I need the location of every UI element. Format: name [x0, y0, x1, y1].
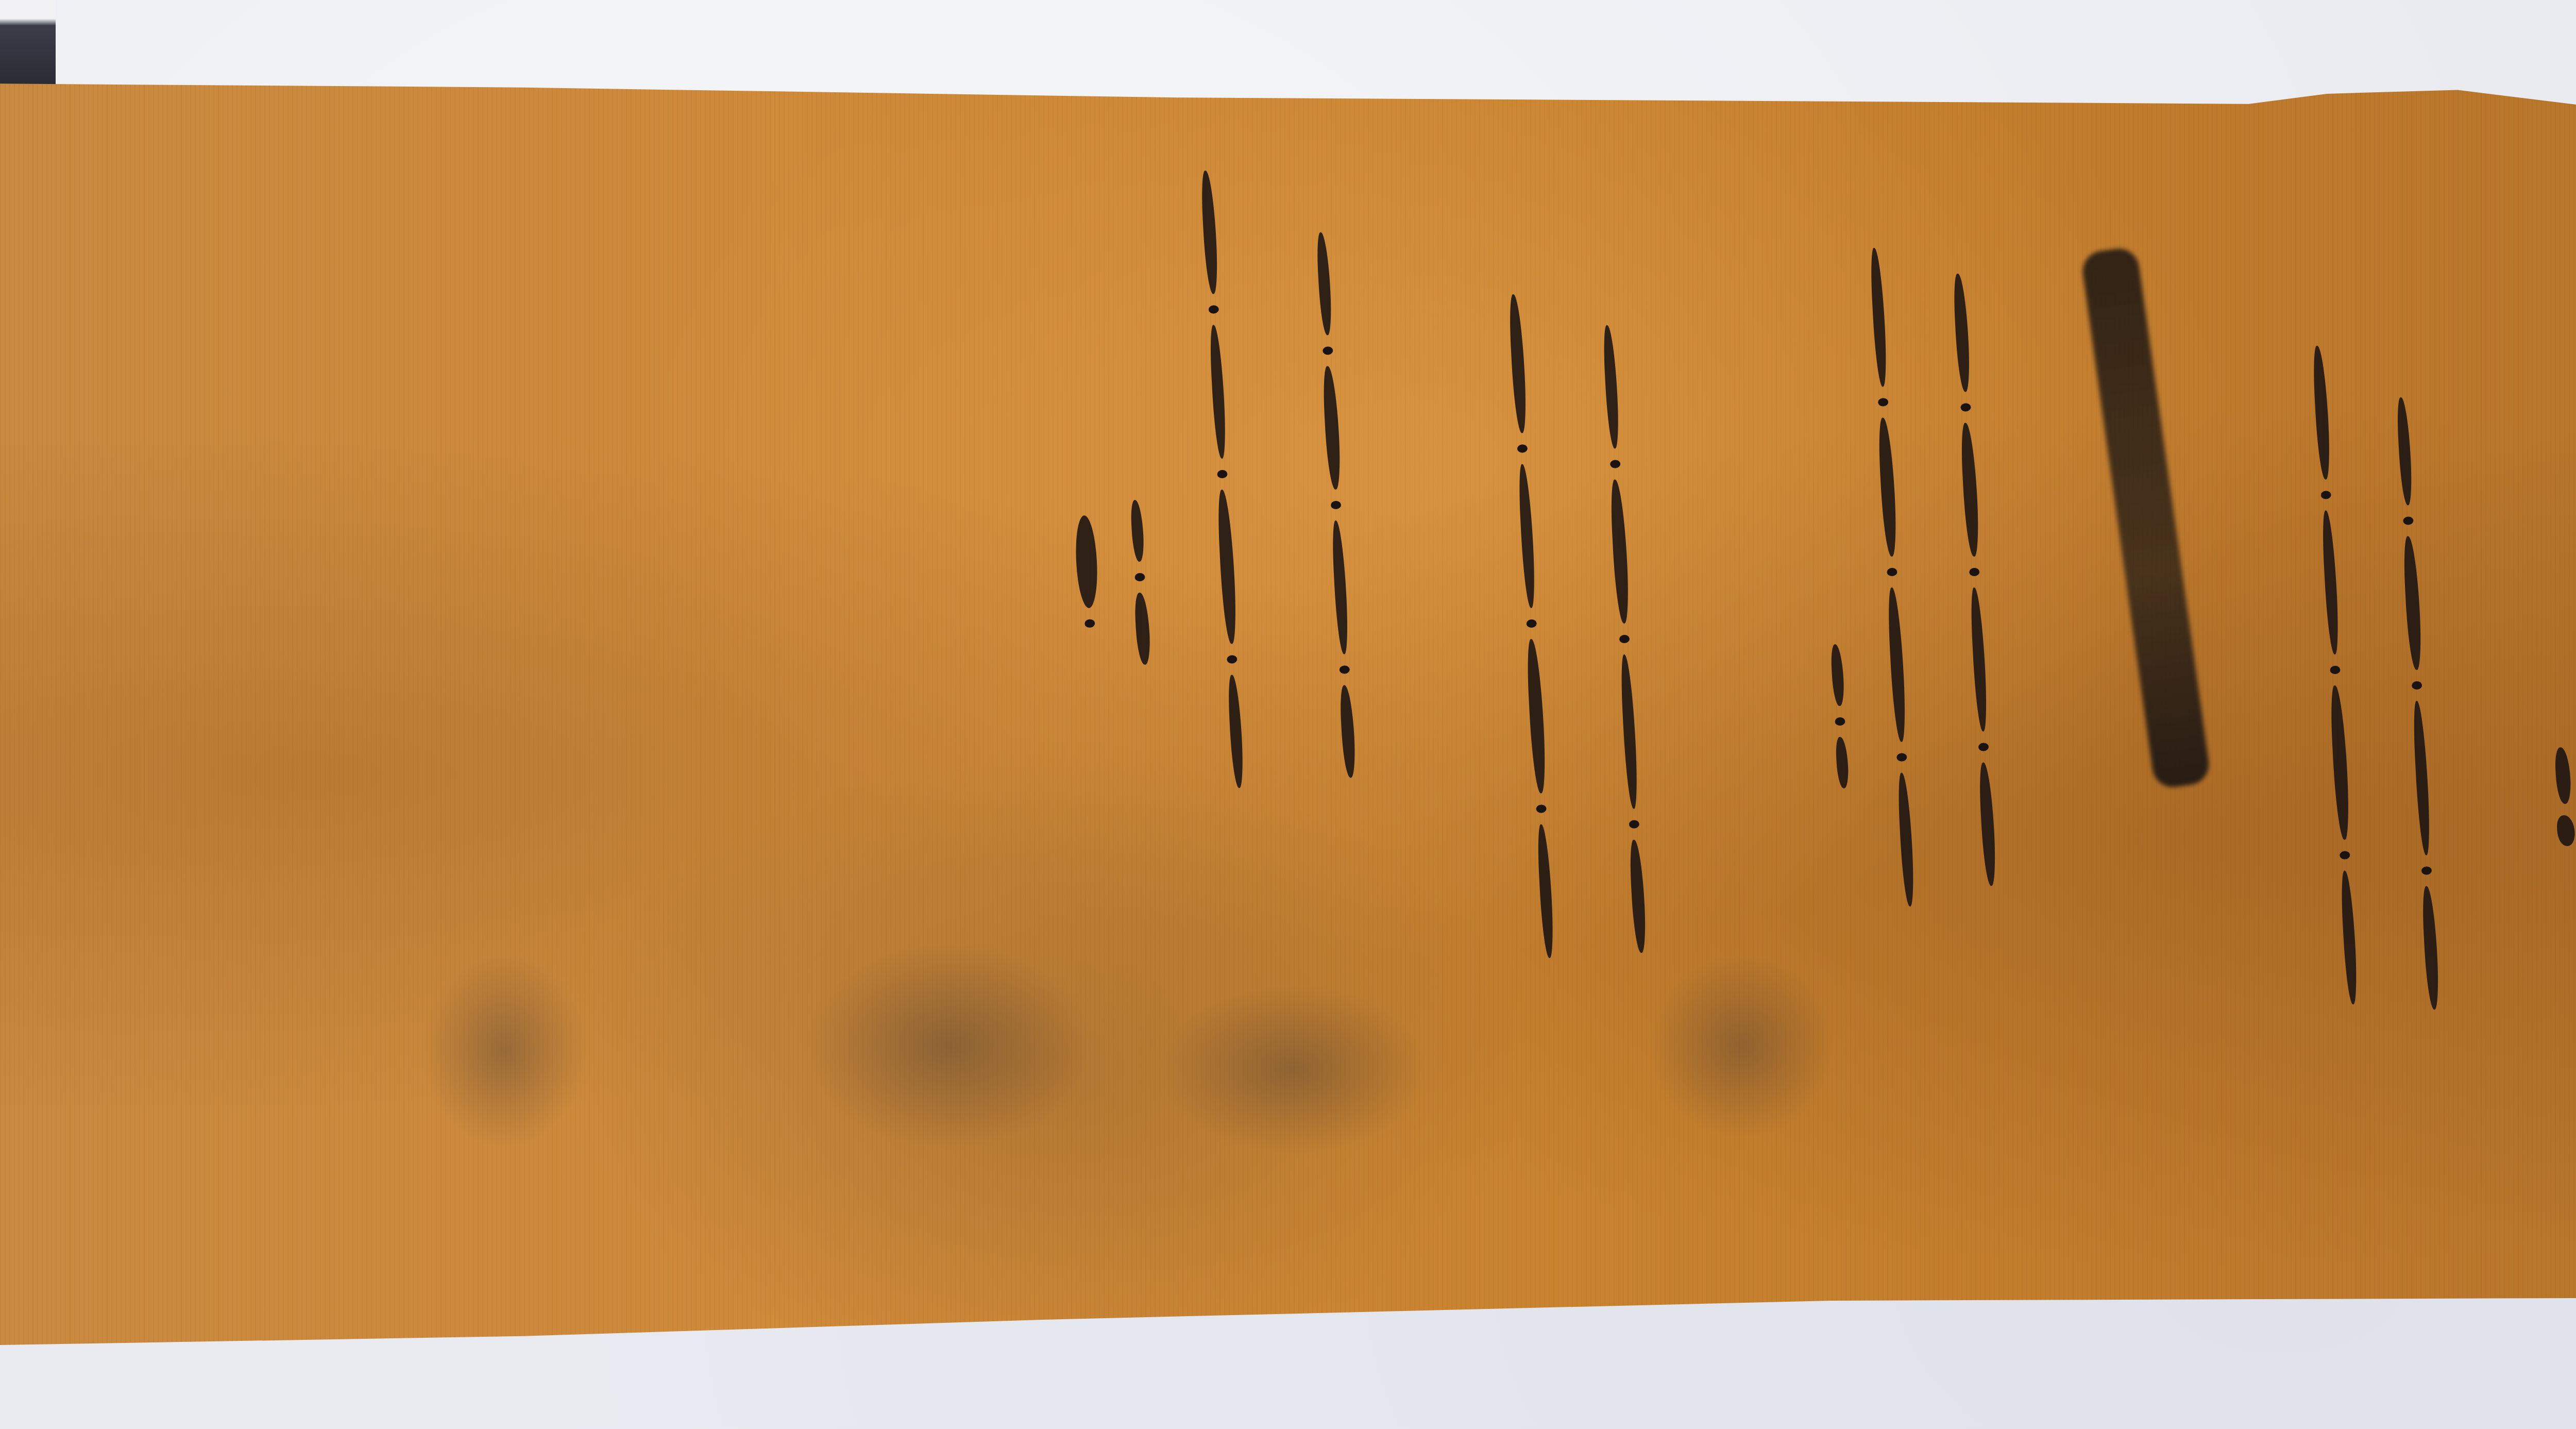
ink-stain — [1159, 984, 1427, 1154]
text-block-5-line — [1129, 500, 1151, 665]
signature: [illegible signature / closing word] — [1074, 515, 1100, 628]
ink-stain — [804, 943, 1092, 1149]
text-block-5-line — [1200, 170, 1246, 788]
manuscript-sheet: [line struck through with heavy ink] [il… — [0, 77, 2576, 1345]
text-block-4-line: [illegible handwritten Perso-Arabic text… — [1601, 325, 1648, 953]
text-block-1-line: [illegible handwritten Perso-Arabic text… — [2395, 397, 2441, 1010]
text-block-4-line — [1507, 294, 1555, 959]
ink-stain — [1649, 953, 1834, 1139]
text-block-3-line — [1869, 247, 1917, 907]
crossed-out-line: [line struck through with heavy ink] — [2080, 246, 2211, 789]
ink-stain — [422, 953, 587, 1149]
text-block-5-line: [illegible handwritten Perso-Arabic text… — [1315, 232, 1357, 778]
marginal-note: [illegible handwritten word] — [2553, 747, 2575, 847]
text-block-3-line — [1831, 644, 1850, 789]
text-block-1-line — [2312, 345, 2360, 1005]
script-stroke — [2554, 747, 2572, 804]
scanner-clip — [0, 0, 56, 85]
text-block-3-line: [illegible handwritten Perso-Arabic text… — [1952, 273, 1997, 886]
script-stroke — [2556, 815, 2575, 847]
